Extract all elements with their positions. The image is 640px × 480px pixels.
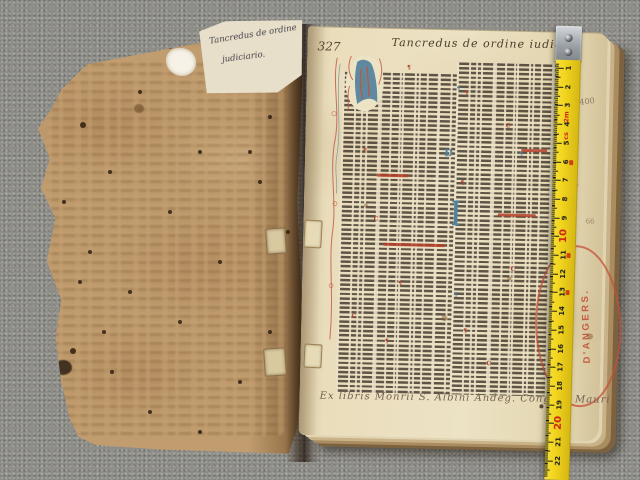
sewing-tab [263, 347, 287, 376]
parchment-guard [303, 344, 322, 369]
tape-tick [549, 303, 552, 304]
initial-letter-i: I [451, 196, 461, 232]
tape-tick [554, 116, 557, 117]
worm-hole [110, 370, 114, 374]
tape-tick [553, 156, 556, 157]
tape-rivet [564, 48, 572, 56]
tape-tick [549, 318, 552, 319]
tape-clip [555, 26, 582, 63]
tape-tick [554, 141, 557, 142]
tape-tick [544, 475, 547, 476]
tape-tick [546, 428, 549, 429]
tape-tick [546, 410, 549, 411]
tape-tick [550, 260, 553, 261]
tape-number: 9 [559, 210, 569, 224]
corner-note-line: judiciario. [222, 50, 266, 65]
tape-tick [547, 378, 550, 379]
tape-tick [551, 225, 554, 226]
tape-number: 19 [554, 397, 564, 411]
tape-tick [546, 417, 549, 418]
pilcrow-mark: ¶ [457, 86, 461, 92]
worm-hole [198, 430, 202, 434]
tape-tick [545, 471, 548, 472]
tape-tick [550, 277, 553, 278]
tape-tick [551, 249, 554, 250]
tape-tick [547, 393, 550, 394]
tape-number: 2 [563, 80, 573, 94]
worm-hole [248, 150, 252, 154]
manuscript-photo: Tancredus de ordine judiciario. 327 Tanc… [0, 0, 640, 480]
tape-red-dot [569, 160, 573, 165]
ink-blot [134, 104, 144, 113]
pilcrow-mark: ¶ [460, 181, 464, 187]
tape-tick [545, 464, 548, 465]
initial-letter-d: D [444, 148, 453, 159]
tape-tick [547, 370, 550, 371]
tape-tick [554, 129, 557, 130]
tape-tick [547, 389, 550, 390]
pilcrow-mark: C [510, 267, 515, 273]
pilcrow-mark: ¶ [363, 148, 367, 154]
worm-hole [88, 250, 92, 254]
tape-tick [553, 172, 556, 173]
illuminated-initial [344, 54, 385, 113]
tape-tick [548, 346, 551, 347]
tape-marking: 2m [562, 109, 570, 125]
tape-tick [552, 210, 555, 211]
tape-tick [555, 90, 558, 91]
worm-hole [138, 90, 142, 94]
tape-tick [555, 98, 558, 99]
tape-tick [552, 215, 555, 216]
tape-tick [551, 253, 554, 254]
tape-tick [555, 113, 558, 114]
worm-hole [178, 320, 182, 324]
tape-number: 15 [556, 323, 566, 337]
worm-hole [258, 180, 262, 184]
ink-blot [54, 360, 72, 375]
worm-hole [148, 410, 152, 414]
tape-tick [551, 234, 554, 235]
pilcrow-mark: ¶ [463, 329, 467, 335]
left-cover-board [18, 30, 306, 458]
stamp-text: D'ANGERS. [580, 288, 593, 363]
tape-tick [549, 296, 552, 297]
tape-number: 21 [553, 435, 563, 449]
page-stain [507, 277, 511, 281]
tape-tick [545, 440, 548, 441]
tape-tick [556, 71, 559, 72]
pilcrow-mark: C [506, 124, 511, 130]
tape-number: 8 [560, 192, 570, 206]
worm-hole [268, 115, 272, 119]
pilcrow-mark: ¶ [519, 152, 523, 158]
folio-number: 327 [317, 39, 340, 54]
worm-hole [102, 330, 106, 334]
tape-tick [549, 299, 552, 300]
page-stain [539, 404, 543, 408]
tape-tick [551, 223, 554, 224]
tape-number: 18 [555, 379, 565, 393]
tape-tick [545, 468, 548, 469]
tape-number: 22 [553, 453, 563, 467]
ink-blot [34, 356, 50, 372]
tape-number: 7 [561, 173, 571, 187]
tape-tick [549, 327, 552, 328]
tape-tick [555, 109, 558, 110]
tape-tick [549, 309, 552, 310]
tape-number: 17 [555, 360, 565, 374]
tape-tick [553, 183, 556, 184]
tape-tick [545, 455, 548, 456]
text-offset-texture [46, 60, 286, 436]
tape-tick [550, 266, 553, 267]
tape-rivet [565, 34, 573, 42]
worm-hole [218, 260, 222, 264]
tape-tick [546, 421, 549, 422]
tape-tick [545, 453, 548, 454]
tape-tick [546, 436, 549, 437]
worm-hole [108, 170, 112, 174]
tape-marking: cs [562, 128, 570, 144]
tape-number: 16 [556, 341, 566, 355]
tape-tick [556, 66, 559, 67]
worm-hole [268, 330, 272, 334]
pilcrow-mark: ¶ [464, 91, 468, 97]
tape-tick [555, 79, 558, 80]
tape-number: 20 [554, 415, 564, 431]
worm-hole [62, 200, 66, 204]
tape-number: 1 [564, 61, 574, 75]
tape-tick [556, 73, 559, 74]
tape-tick [546, 412, 549, 413]
parchment-guard [303, 220, 322, 249]
tape-tick [553, 167, 556, 168]
pilcrow-mark: C [374, 217, 379, 223]
text-column-1 [336, 72, 457, 397]
pilcrow-mark: ¶ [454, 292, 458, 298]
tape-tick [554, 148, 557, 149]
sewing-tab [265, 227, 287, 254]
tape-tick [552, 187, 555, 188]
tape-tick [554, 131, 557, 132]
tape-red-dot [567, 253, 571, 258]
tape-tick [547, 374, 550, 375]
worm-hole [80, 122, 86, 128]
worm-hole [128, 290, 132, 294]
white-patch [166, 48, 196, 76]
tape-tick [553, 174, 556, 175]
worm-hole [168, 45, 172, 49]
tape-tick [548, 354, 551, 355]
tape-tick [553, 159, 556, 160]
worm-hole [238, 380, 242, 384]
tape-tick [550, 258, 553, 259]
tape-tick [552, 206, 555, 207]
page-stain [364, 203, 368, 207]
tape-tick [545, 447, 548, 448]
tape-number: 14 [557, 304, 567, 318]
tape-tick [551, 230, 554, 231]
pilcrow-mark: ¶ [398, 281, 402, 287]
ink-note: 66 [586, 217, 595, 225]
worm-hole [198, 150, 202, 154]
worm-hole [78, 280, 82, 284]
tape-tick [550, 268, 553, 269]
worm-hole [70, 348, 76, 354]
tape-tick [554, 137, 557, 138]
tape-tick [552, 191, 555, 192]
pilcrow-mark: C [351, 314, 356, 320]
worm-hole [168, 210, 172, 214]
tape-tick [548, 342, 551, 343]
tape-red-dot [565, 290, 569, 295]
pilcrow-mark: C [486, 361, 491, 367]
pilcrow-mark: ¶ [407, 65, 411, 71]
rubric-mark [521, 149, 547, 152]
tape-tick [548, 352, 551, 353]
tape-tick [547, 397, 550, 398]
tape-tick [548, 359, 551, 360]
tape-tick [548, 335, 551, 336]
pilcrow-mark: ¶ [385, 339, 389, 345]
tape-number: 12 [558, 266, 568, 280]
tape-tick [549, 316, 552, 317]
corner-note-line: Tancredus de ordine [209, 23, 298, 47]
tape-number: 10 [559, 228, 569, 244]
